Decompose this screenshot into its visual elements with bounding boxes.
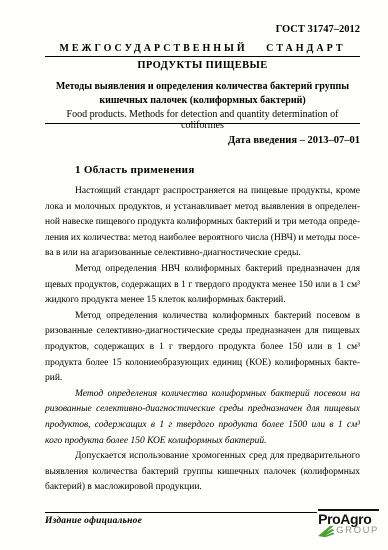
paragraph-line: продукта более 15 колониеобразующих един… (45, 356, 360, 372)
paragraph-line: Допускается использование хромогенных ср… (45, 449, 360, 465)
paragraph-line: щевых продуктов, содержащих в 1 г твердо… (45, 278, 360, 294)
paragraph-line: ления их количества: метод наиболее веро… (45, 231, 360, 247)
paragraph-line: бактерий) в масложировой продукции. (45, 480, 360, 496)
english-title: Food products. Methods for detection and… (45, 109, 360, 131)
product-title: ПРОДУКТЫ ПИЩЕВЫЕ (45, 60, 360, 71)
subtitle-line: кишечных палочек (колиформных бактерий) (45, 94, 360, 108)
standard-type-heading: МЕЖГОСУДАРСТВЕННЫЙ СТАНДАРТ (45, 43, 360, 54)
paragraph-line: продуктов, содержащих в 1 г твердого про… (45, 418, 360, 434)
doc-number: ГОСТ 31747–2012 (276, 24, 360, 35)
paragraph-line: Настоящий стандарт распространяется на п… (45, 184, 360, 200)
title-rule (45, 123, 360, 124)
edition-note: Издание официальное (45, 516, 142, 526)
proagro-logo: ProAgro GROUP (318, 509, 379, 537)
paragraph-line: продуктов, содержащих в 1 г твердого про… (45, 340, 360, 356)
paragraph-line: ризованные селективно-диагностические ср… (45, 402, 360, 418)
proagro-group-label: GROUP (336, 525, 379, 537)
paragraph-line: Метод определения количества колиформных… (45, 309, 360, 325)
paragraph-line: кого продукта более 150 КОЕ колиформных … (45, 434, 360, 450)
paragraph-line: рий. (45, 371, 360, 387)
section-heading: 1 Область применения (75, 164, 195, 176)
proagro-field-icon (318, 526, 335, 537)
paragraph-line: Метод определения количества колиформных… (45, 387, 360, 403)
paragraph-line: ва в или на агаризованные селективно-диа… (45, 246, 360, 262)
paragraph-line: жидкого продукта менее 15 клеток колифор… (45, 293, 360, 309)
paragraph-line: ной навеске пищевого продукта колиформны… (45, 215, 360, 231)
paragraph-line: ризованные селективно-диагностические ср… (45, 324, 360, 340)
paragraph-line: Метод определения НВЧ колиформных бактер… (45, 262, 360, 278)
paragraph-line: лока и молочных продуктов, и устанавлива… (45, 200, 360, 216)
document-page: ГОСТ 31747–2012 МЕЖГОСУДАРСТВЕННЫЙ СТАНД… (0, 0, 388, 550)
section-body: Настоящий стандарт распространяется на п… (45, 184, 360, 496)
footer-rule (45, 512, 317, 513)
paragraph-line: выявления количества бактерий группы киш… (45, 465, 360, 481)
header-rule (45, 56, 360, 57)
subtitle-line: Методы выявления и определения количеств… (45, 80, 360, 94)
effective-date: Дата введения – 2013–07–01 (45, 135, 360, 146)
document-subtitle: Методы выявления и определения количеств… (45, 80, 360, 107)
